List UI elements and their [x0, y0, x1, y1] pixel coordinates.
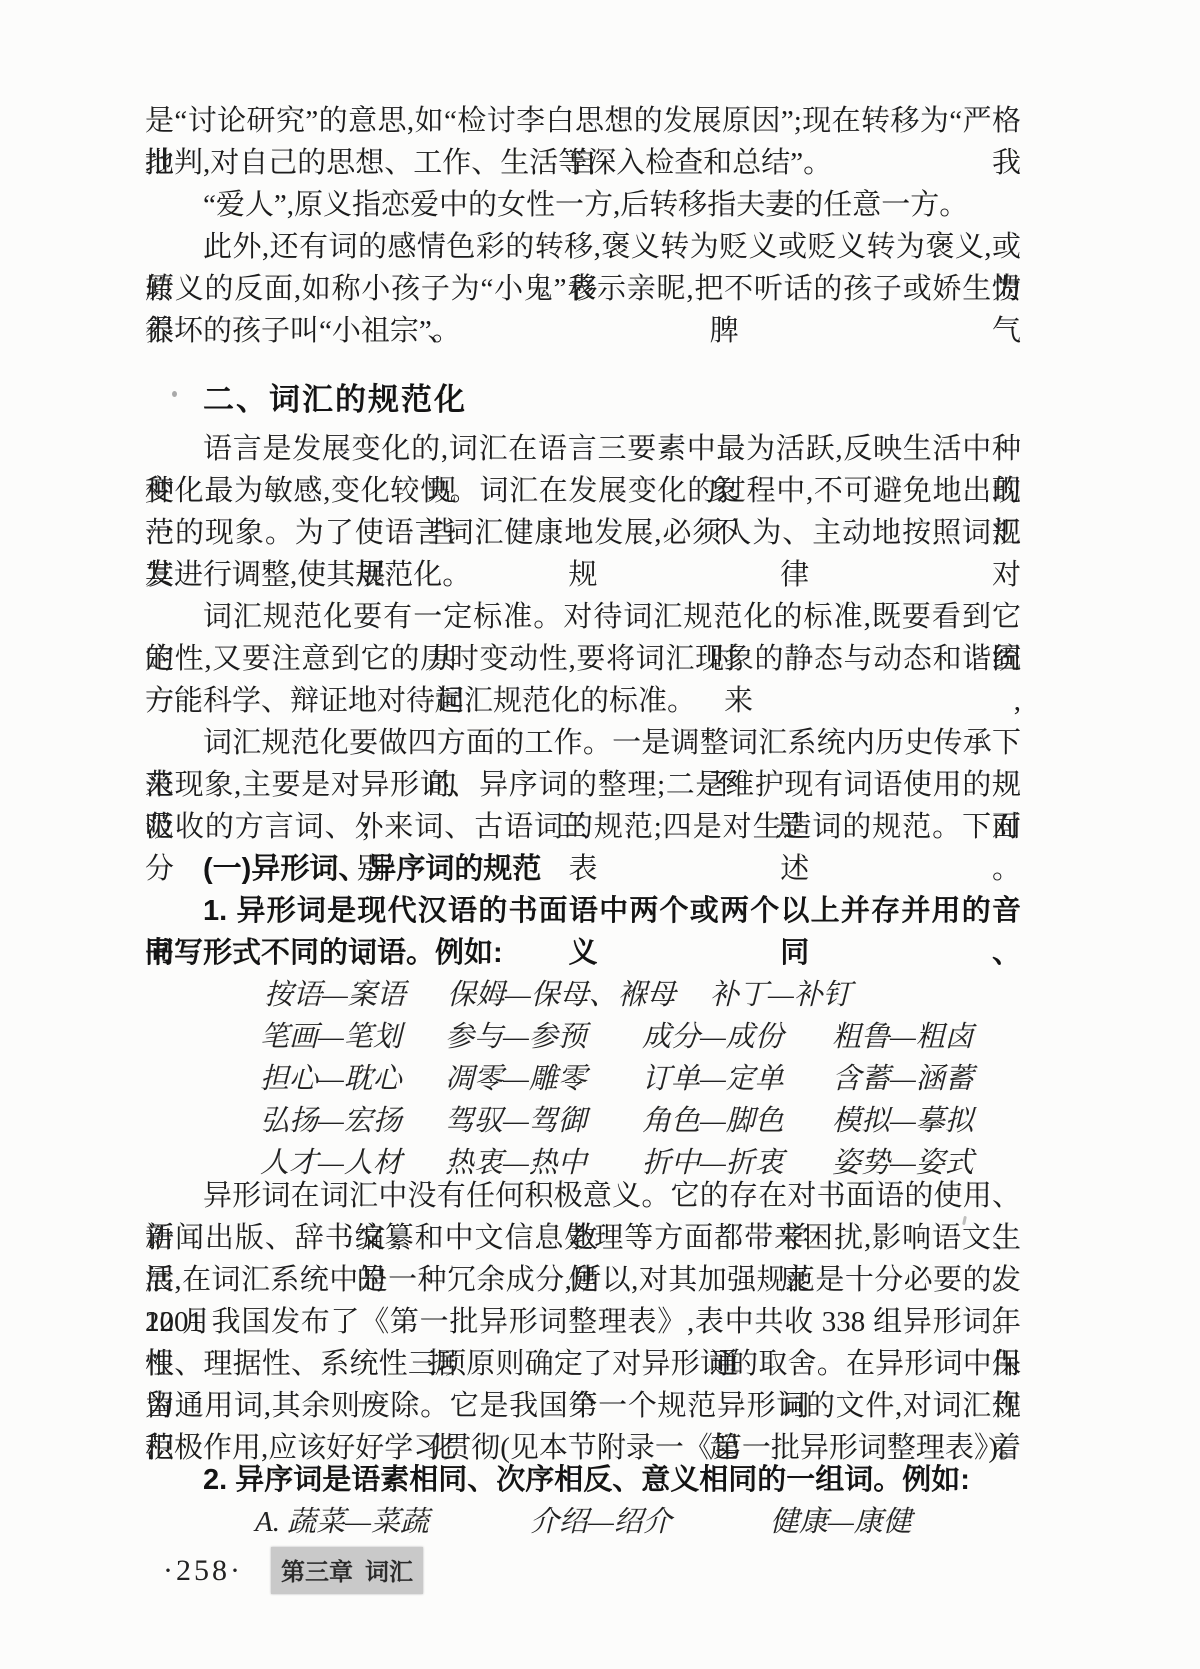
word-pair: 粗鲁—粗卤 — [832, 1016, 974, 1058]
page-content: 是“讨论研究”的意思,如“检讨李白思想的发展原因”;现在转移为“严格地自我 批判… — [145, 100, 1021, 1543]
word-pair: 健康—康健 — [770, 1501, 912, 1543]
word-pair: 人才—人材 — [260, 1142, 402, 1184]
body-line: 词汇规范化要做四方面的工作。一是调整词汇系统内历史传承下来的不规 — [145, 722, 1021, 764]
word-pair: 角色—脚色 — [642, 1100, 784, 1142]
word-pair: 折中—折衷 — [642, 1142, 784, 1184]
word-pair: 保姆—保母、褓母 — [447, 974, 676, 1016]
word-pair: 补丁—补钉 — [710, 974, 852, 1016]
word-pair: 热衷—热中 — [445, 1142, 587, 1184]
word-pair: 成分—成份 — [642, 1016, 784, 1058]
word-pair: 驾驭—驾御 — [445, 1100, 587, 1142]
word-pair: 凋零—雕零 — [445, 1058, 587, 1100]
page-number: ·258· — [163, 1554, 243, 1588]
body-line: 变化最为敏感,变化较快。词汇在发展变化的过程中,不可避免地出现一些不规 — [145, 470, 1021, 512]
definition-line: 1. 异形词是现代汉语的书面语中两个或两个以上并存并用的音同、义同、 — [145, 890, 1021, 932]
body-line: 词汇规范化要有一定标准。对待词汇规范化的标准,既要看到它的共时固 — [145, 596, 1021, 638]
word-pair: 弘扬—宏扬 — [260, 1100, 402, 1142]
word-pair: 参与—参预 — [445, 1016, 587, 1058]
body-line: 范现象,主要是对异形词、异序词的整理;二是维护现有词语使用的规范;三是对 — [145, 764, 1021, 806]
word-pair-row: 担心—耽心 凋零—雕零 订单—定单 含蓄—涵蓄 — [145, 1058, 1021, 1100]
body-line: 性、理据性、系统性三项原则确定了对异形词的取舍。在异形词中保留一个词作 — [145, 1343, 1021, 1385]
word-pair: 姿势—姿式 — [832, 1142, 974, 1184]
scan-speck — [172, 391, 177, 397]
section-heading: 二、词汇的规范化 — [145, 378, 1021, 421]
body-line: 展,在词汇系统中是一种冗余成分,所以,对其加强规范是十分必要的。2001 年 — [145, 1259, 1021, 1301]
word-pair: 担心—耽心 — [260, 1058, 402, 1100]
word-pair: 模拟—摹拟 — [832, 1100, 974, 1142]
word-pair-row: 人才—人材 热衷—热中 折中—折衷 姿势—姿式 — [145, 1142, 1021, 1184]
definition-line: 2. 异序词是语素相同、次序相反、意义相同的一组词。例如: — [145, 1459, 1021, 1501]
body-line: 定性,又要注意到它的历时变动性,要将词汇现象的静态与动态和谐统一起来, — [145, 638, 1021, 680]
body-line: 范的现象。为了使语言词汇健康地发展,必须人为、主动地按照词汇发展规律对 — [145, 512, 1021, 554]
word-pair: 订单—定单 — [642, 1058, 784, 1100]
word-pair-row: A. 蔬菜—菜蔬 介绍—绍介 健康—康健 — [145, 1501, 1021, 1543]
word-pair-row: 弘扬—宏扬 驾驭—驾御 角色—脚色 模拟—摹拟 — [145, 1100, 1021, 1142]
page-footer: ·258· 第三章 词汇 — [163, 1547, 423, 1594]
word-pair-row: 笔画—笔划 参与—参预 成分—成份 粗鲁—粗卤 — [145, 1016, 1021, 1058]
body-line: 原义的反面,如称小孩子为“小鬼”表示亲昵,把不听话的孩子或娇生惯养、脾气 — [145, 268, 1021, 310]
word-pair: 含蓄—涵蓄 — [832, 1058, 974, 1100]
word-pair: 介绍—绍介 — [530, 1501, 672, 1543]
chapter-label: 第三章 词汇 — [271, 1547, 423, 1594]
body-line: 12 月我国发布了《第一批异形词整理表》,表中共收 338 组异形词。根据通用 — [145, 1301, 1021, 1343]
word-pair: 笔画—笔划 — [260, 1016, 402, 1058]
word-pair: A. 蔬菜—菜蔬 — [255, 1501, 429, 1543]
book-page: 是“讨论研究”的意思,如“检讨李白思想的发展原因”;现在转移为“严格地自我 批判… — [0, 0, 1200, 1669]
body-line: 吸收的方言词、外来词、古语词的规范;四是对生造词的规范。下面分别表述。 — [145, 806, 1021, 848]
body-line: 新闻出版、辞书编纂和中文信息处理等方面都带来困扰,影响语文生活的健康发 — [145, 1217, 1021, 1259]
word-pair-row: 按语—案语 保姆—保母、褓母 补丁—补钉 — [145, 974, 1021, 1016]
body-line: 此外,还有词的感情色彩的转移,褒义转为贬义或贬义转为褒义,或转移为 — [145, 226, 1021, 268]
body-line: 语言是发展变化的,词汇在语言三要素中最为活跃,反映生活中种种现象的 — [145, 428, 1021, 470]
body-line: 是“讨论研究”的意思,如“检讨李白思想的发展原因”;现在转移为“严格地自我 — [145, 100, 1021, 142]
word-pair: 按语—案语 — [264, 974, 406, 1016]
body-line: “爱人”,原义指恋爱中的女性一方,后转移指夫妻的任意一方。 — [145, 184, 1021, 226]
body-line: 为通用词,其余则废除。它是我国第一个规范异形词的文件,对词汇规范化起着 — [145, 1385, 1021, 1427]
